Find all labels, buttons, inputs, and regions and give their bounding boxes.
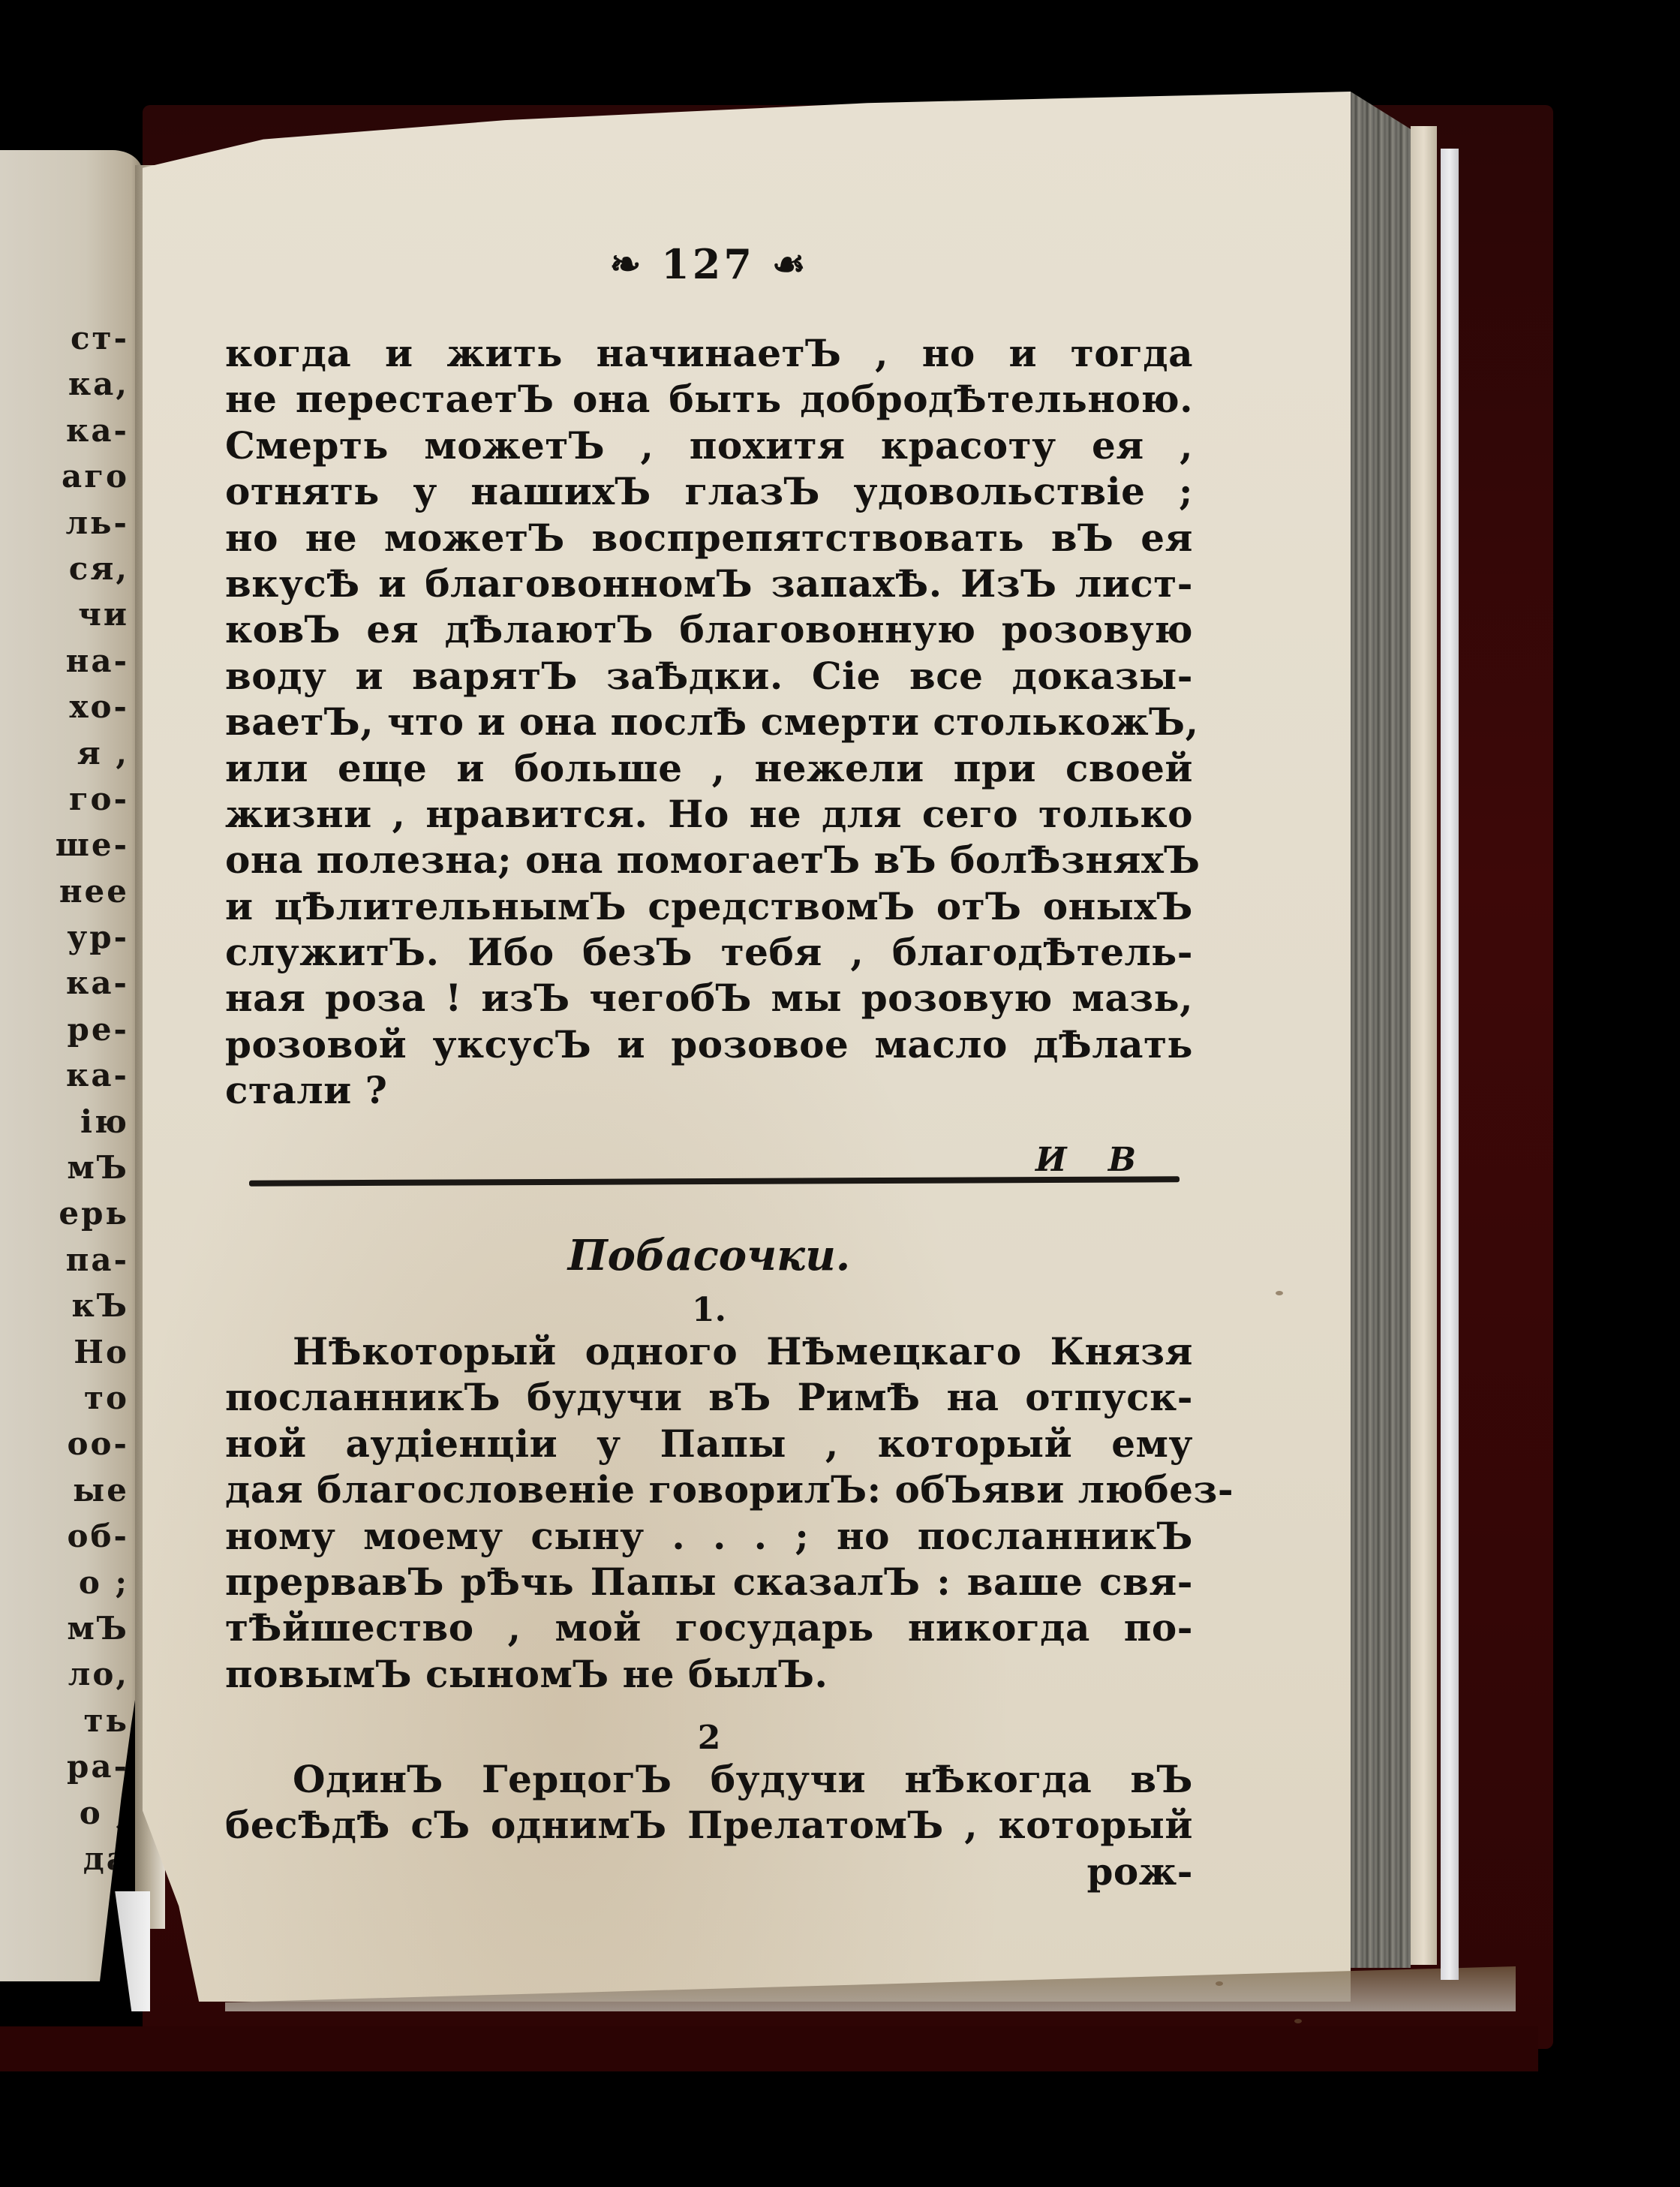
left-line: па-	[0, 1237, 129, 1283]
anecdote-2: ОдинЪ ГерцогЪ будучи нѢкогда вЪ бесѢдѢ с…	[225, 1756, 1193, 1894]
left-line: я ,	[0, 730, 129, 776]
author-initials: И В	[1035, 1141, 1186, 1179]
left-page: ст- ка, ка- аго ль- ся, чи на- хо- я , г…	[0, 150, 143, 1981]
text-line: служитЪ. Ибо безЪ тебя , благодѢтель-	[225, 929, 1193, 975]
left-line: хо-	[0, 684, 129, 730]
running-head: ❧ 127 ☙	[578, 240, 840, 288]
fleuron-left-icon: ❧	[609, 242, 644, 286]
left-line: ка-	[0, 1052, 129, 1098]
text-line: жизни , нравится. Но не для сего только	[225, 791, 1193, 837]
catchword: рож-	[225, 1849, 1193, 1894]
fore-edge-light	[1411, 126, 1437, 1965]
text-line: тѢйшество , мой государь никогда по-	[225, 1605, 1193, 1650]
section-title: Побасочки.	[225, 1231, 1193, 1280]
book-binding-bottom	[0, 2026, 1538, 2071]
photo-background: ст- ка, ка- аго ль- ся, чи на- хо- я , г…	[0, 0, 1680, 2187]
left-line: ерь	[0, 1190, 129, 1236]
text-line: ная роза ! изЪ чегобЪ мы розовую мазь,	[225, 975, 1193, 1021]
left-line: о ,	[0, 1790, 129, 1836]
text-line: и цѢлительнымЪ средствомЪ отЪ оныхЪ	[225, 883, 1193, 929]
text-line: посланникЪ будучи вЪ РимѢ на отпуск-	[225, 1374, 1193, 1420]
text-line: розовой уксусЪ и розовое масло дѢлать	[225, 1021, 1193, 1067]
text-line: не перестаетЪ она быть добродѢтельною.	[225, 376, 1193, 422]
left-line: нее	[0, 868, 129, 914]
left-line: кЪ	[0, 1283, 129, 1328]
left-line: ло,	[0, 1651, 129, 1697]
anecdote-number: 1.	[225, 1291, 1193, 1329]
left-line: ые	[0, 1467, 129, 1513]
paper-blemish	[1276, 1291, 1283, 1295]
left-line: Но	[0, 1329, 129, 1375]
text-line: Смерть можетЪ , похитя красоту ея ,	[225, 423, 1193, 468]
left-line: ше-	[0, 822, 129, 868]
text-line: но не можетЪ воспрепятствовать вЪ ея	[225, 515, 1193, 561]
text-line: или еще и больше , нежели при своей	[225, 745, 1193, 791]
text-line: НѢкоторый одного НѢмецкаго Князя	[225, 1328, 1193, 1374]
left-line: да	[0, 1836, 129, 1882]
left-line: ль-	[0, 500, 129, 546]
text-line: бесѢдѢ сЪ однимЪ ПрелатомЪ , который	[225, 1802, 1193, 1848]
gutter-paper-strip	[109, 1891, 150, 2011]
text-line: воду и варятЪ заѢдки. Сіе все доказы-	[225, 653, 1193, 699]
left-line: мЪ	[0, 1605, 129, 1651]
anecdote-number: 2	[225, 1719, 1193, 1757]
anecdote-1: НѢкоторый одного НѢмецкаго Князя посланн…	[225, 1328, 1193, 1697]
continued-paragraph: когда и жить начинаетЪ , но и тогда не п…	[225, 330, 1193, 1114]
left-line: аго	[0, 453, 129, 499]
left-page-line-endings: ст- ка, ка- аго ль- ся, чи на- хо- я , г…	[0, 315, 129, 1882]
text-line: когда и жить начинаетЪ , но и тогда	[225, 330, 1193, 376]
text-line: отнять у нашихЪ глазЪ удовольствіе ;	[225, 468, 1193, 514]
fore-edge-pages	[1351, 92, 1411, 1968]
fleuron-right-icon: ☙	[772, 242, 809, 286]
page-number: 127	[661, 240, 755, 288]
text-line: ной аудіенціи у Папы , который ему	[225, 1421, 1193, 1467]
endpaper-edge	[1441, 149, 1459, 1980]
left-line: ре-	[0, 1006, 129, 1052]
text-line: повымЪ сыномЪ не былЪ.	[225, 1651, 1193, 1697]
text-line: прервавЪ рѢчь Папы сказалЪ : ваше свя-	[225, 1559, 1193, 1605]
left-line: ка-	[0, 960, 129, 1006]
left-line: ст-	[0, 315, 129, 361]
text-line: ОдинЪ ГерцогЪ будучи нѢкогда вЪ	[225, 1756, 1193, 1802]
left-line: ію	[0, 1099, 129, 1145]
left-line: о ;	[0, 1560, 129, 1605]
text-line: вкусѢ и благовонномЪ запахѢ. ИзЪ лист-	[225, 561, 1193, 606]
left-line: оо-	[0, 1421, 129, 1467]
text-line: дая благословеніе говорилЪ: обЪяви любез…	[225, 1467, 1193, 1512]
left-line: ка,	[0, 361, 129, 407]
left-line: ур-	[0, 914, 129, 960]
left-line: об-	[0, 1513, 129, 1559]
text-line: ковЪ ея дѢлаютЪ благовонную розовую	[225, 606, 1193, 652]
left-line: ка-	[0, 408, 129, 453]
left-line: на-	[0, 638, 129, 684]
left-line: го-	[0, 776, 129, 822]
left-line: ся,	[0, 546, 129, 591]
paper-blemish	[1216, 1981, 1223, 1986]
text-line: она полезна; она помогаетЪ вЪ болѢзняхЪ	[225, 837, 1193, 883]
text-line: стали ?	[225, 1067, 1193, 1113]
left-line: ра-	[0, 1743, 129, 1789]
left-line: чи	[0, 591, 129, 637]
text-line: ному моему сыну . . . ; но посланникЪ	[225, 1513, 1193, 1559]
left-line: ть	[0, 1698, 129, 1743]
left-line: мЪ	[0, 1145, 129, 1190]
text-line: ваетЪ, что и она послѢ смерти столькожЪ,	[225, 699, 1193, 745]
left-line: то	[0, 1375, 129, 1421]
paper-blemish	[1294, 2019, 1302, 2023]
